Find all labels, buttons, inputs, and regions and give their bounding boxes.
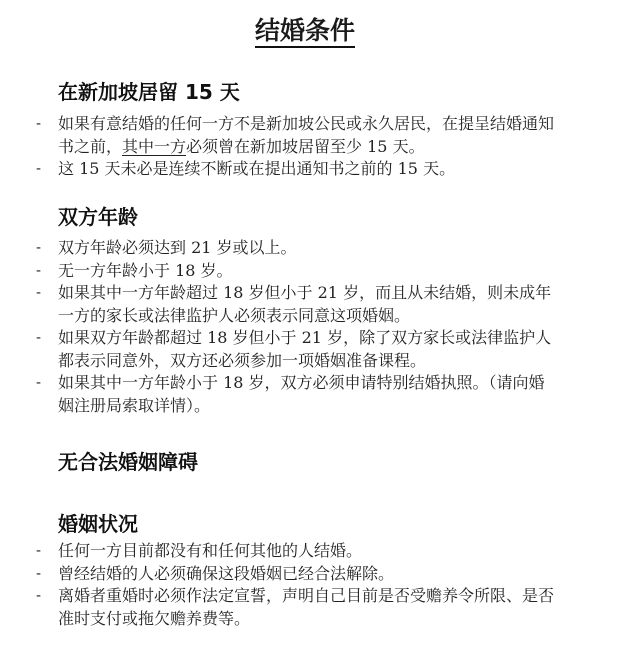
section-heading-residency: 在新加坡居留 15 天	[58, 79, 240, 105]
bullet-dash: -	[36, 237, 41, 260]
list-item: - 双方年龄必须达到 21 岁或以上。	[0, 237, 558, 260]
age-list: - 双方年龄必须达到 21 岁或以上。 - 无一方年龄小于 18 岁。 - 如果…	[0, 237, 600, 417]
section-heading-no-impediment: 无合法婚姻障碍	[58, 449, 198, 475]
marital-status-list: - 任何一方目前都没有和任何其他的人结婚。 - 曾经结婚的人必须确保这段婚姻已经…	[0, 540, 600, 630]
list-item: - 这 15 天未必是连续不断或在提出通知书之前的 15 天。	[0, 158, 558, 181]
item-text: 离婚者重婚时必须作法定宣誓，声明自己目前是否受赡养令所限、是否准时支付或拖欠赡养…	[58, 586, 554, 628]
bullet-dash: -	[36, 327, 41, 350]
list-item: - 如果其中一方年龄小于 18 岁，双方必须申请特别结婚执照。（请向婚姻注册局索…	[0, 372, 558, 417]
bullet-dash: -	[36, 282, 41, 305]
item-text: 曾经结婚的人必须确保这段婚姻已经合法解除。	[58, 564, 394, 583]
item-text: 无一方年龄小于 18 岁。	[58, 261, 233, 280]
item-text: 如果双方年龄都超过 18 岁但小于 21 岁，除了双方家长或法律监护人都表示同意…	[58, 328, 551, 370]
underlined-text: 其中一方	[122, 137, 186, 156]
item-text: 任何一方目前都没有和任何其他的人结婚。	[58, 541, 362, 560]
section-heading-age: 双方年龄	[58, 204, 138, 230]
bullet-dash: -	[36, 158, 41, 181]
list-item: - 如果有意结婚的任何一方不是新加坡公民或永久居民，在提呈结婚通知书之前，其中一…	[0, 113, 558, 158]
section-heading-marital-status: 婚姻状况	[58, 511, 138, 537]
page-title: 结婚条件	[0, 14, 610, 48]
item-text: 这 15 天未必是连续不断或在提出通知书之前的 15 天。	[58, 159, 455, 178]
list-item: - 如果双方年龄都超过 18 岁但小于 21 岁，除了双方家长或法律监护人都表示…	[0, 327, 558, 372]
bullet-dash: -	[36, 260, 41, 283]
bullet-dash: -	[36, 585, 41, 608]
page-title-text: 结婚条件	[255, 16, 355, 48]
item-text: 双方年龄必须达到 21 岁或以上。	[58, 238, 297, 257]
item-text: 如果其中一方年龄小于 18 岁，双方必须申请特别结婚执照。（请向婚姻注册局索取详…	[58, 373, 545, 415]
item-text: 如果其中一方年龄超过 18 岁但小于 21 岁，而且从未结婚，则未成年一方的家长…	[58, 283, 551, 325]
bullet-dash: -	[36, 540, 41, 563]
list-item: - 任何一方目前都没有和任何其他的人结婚。	[0, 540, 558, 563]
bullet-dash: -	[36, 113, 41, 136]
residency-list: - 如果有意结婚的任何一方不是新加坡公民或永久居民，在提呈结婚通知书之前，其中一…	[0, 113, 600, 181]
bullet-dash: -	[36, 372, 41, 395]
bullet-dash: -	[36, 563, 41, 586]
list-item: - 曾经结婚的人必须确保这段婚姻已经合法解除。	[0, 563, 558, 586]
list-item: - 无一方年龄小于 18 岁。	[0, 260, 558, 283]
list-item: - 离婚者重婚时必须作法定宣誓，声明自己目前是否受赡养令所限、是否准时支付或拖欠…	[0, 585, 558, 630]
list-item: - 如果其中一方年龄超过 18 岁但小于 21 岁，而且从未结婚，则未成年一方的…	[0, 282, 558, 327]
item-text: 必须曾在新加坡居留至少 15 天。	[186, 137, 425, 156]
